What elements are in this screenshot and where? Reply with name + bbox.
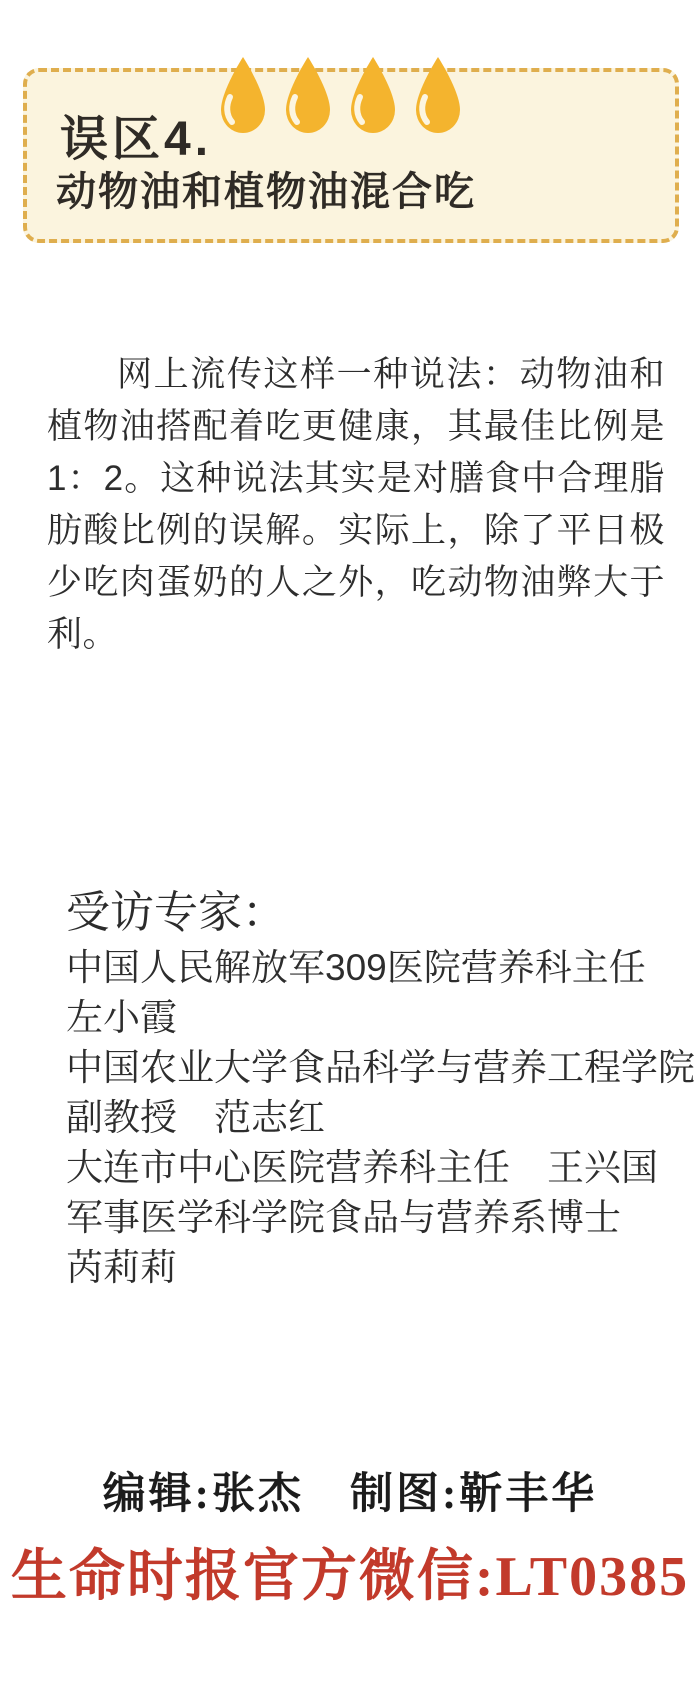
oil-droplet-icon — [348, 55, 398, 135]
experts-heading: 受访专家： — [66, 885, 678, 941]
wechat-account-line: 生命时报官方微信:LT0385 — [0, 1532, 700, 1612]
article-page: 误区4. 动物油和植物油混合吃 网上流传这样一种说法：动物油和植物油搭配着吃更健… — [0, 0, 700, 1684]
experts-section: 受访专家： 中国人民解放军309医院营养科主任 左小霞 中国农业大学食品科学与营… — [66, 885, 678, 1293]
expert-line: 芮莉莉 — [66, 1243, 678, 1293]
oil-droplet-icon — [218, 55, 268, 135]
oil-droplet-icon — [283, 55, 333, 135]
oil-droplet-icon — [413, 55, 463, 135]
oil-droplets-row — [218, 55, 463, 135]
expert-line: 中国农业大学食品科学与营养工程学院 — [66, 1043, 678, 1093]
article-paragraph: 网上流传这样一种说法：动物油和植物油搭配着吃更健康，其最佳比例是1：2。这种说法… — [47, 349, 665, 661]
mistake-title: 动物油和植物油混合吃 — [56, 160, 476, 217]
expert-line: 左小霞 — [66, 993, 678, 1043]
expert-line: 中国人民解放军309医院营养科主任 — [66, 943, 678, 993]
expert-line: 军事医学科学院食品与营养系博士 — [66, 1193, 678, 1243]
editor-credits: 编辑:张杰 制图:靳丰华 — [0, 1460, 700, 1521]
mistake-number-label: 误区4. — [60, 100, 212, 169]
expert-line: 副教授 范志红 — [66, 1093, 678, 1143]
expert-line: 大连市中心医院营养科主任 王兴国 — [66, 1143, 678, 1193]
